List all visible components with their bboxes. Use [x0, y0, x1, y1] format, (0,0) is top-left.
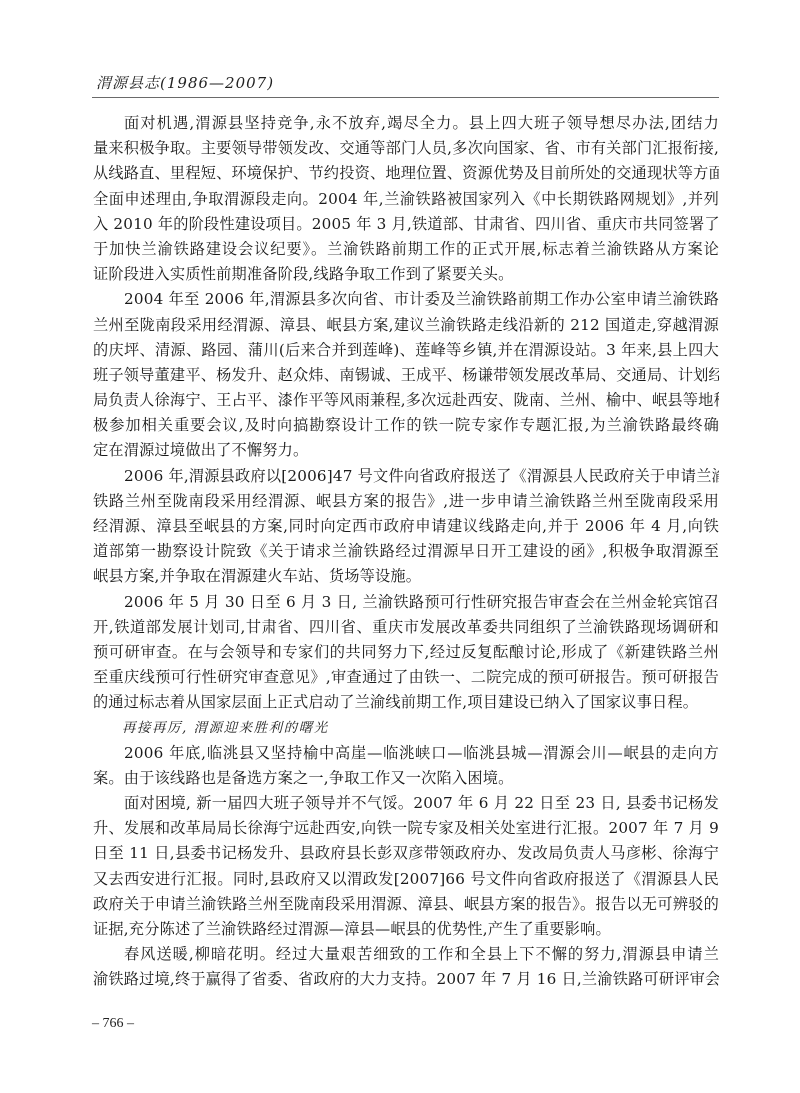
- text-line: 岷县方案,并争取在渭源建火车站、货场等设施。: [93, 564, 719, 589]
- paragraph: 春风送暖,柳暗花明。经过大量艰苦细致的工作和全县上下不懈的努力,渭源县申请兰渝铁…: [93, 942, 719, 992]
- text-line: 证据,充分陈述了兰渝铁路经过渭源—漳县—岷县的优势性,产生了重要影响。: [93, 917, 719, 942]
- running-header: 渭源县志(1986—2007): [92, 68, 719, 98]
- text-line: 于加快兰渝铁路建设会议纪要》。兰渝铁路前期工作的正式开展,标志着兰渝铁路从方案论: [93, 237, 719, 262]
- text-line: 日至 11 日,县委书记杨发升、县政府县长彭双彦带领政府办、发改局负责人马彦彬、…: [93, 841, 719, 866]
- subheading-text: 再接再厉, 渭源迎来胜利的曙光: [93, 716, 719, 741]
- text-line: 极参加相关重要会议,及时向搞勘察设计工作的铁一院专家作专题汇报,为兰渝铁路最终确: [93, 413, 719, 438]
- text-line: 预可研审查。在与会领导和专家们的共同努力下,经过反复酝酿讨论,形成了《新建铁路兰…: [93, 640, 719, 665]
- text-line: 的通过标志着从国家层面上正式启动了兰渝线前期工作,项目建设已纳入了国家议事日程。: [93, 690, 719, 715]
- text-line: 春风送暖,柳暗花明。经过大量艰苦细致的工作和全县上下不懈的努力,渭源县申请兰: [93, 942, 719, 967]
- text-line: 面对机遇,渭源县坚持竞争,永不放弃,竭尽全力。县上四大班子领导想尽办法,团结力: [93, 111, 719, 136]
- text-line: 升、发展和改革局局长徐海宁远赴西安,向铁一院专家及相关处室进行汇报。2007 年…: [93, 816, 719, 841]
- text-line: 案。由于该线路也是备选方案之一,争取工作又一次陷入困境。: [93, 766, 719, 791]
- text-line: 证阶段进入实质性前期准备阶段,线路争取工作到了紧要关头。: [93, 262, 719, 287]
- text-line: 又去西安进行汇报。同时,县政府又以渭政发[2007]66 号文件向省政府报送了《…: [93, 867, 719, 892]
- text-line: 定在渭源过境做出了不懈努力。: [93, 438, 719, 463]
- book-title: 渭源县志(1986—2007): [96, 72, 274, 93]
- text-line: 兰州至陇南段采用经渭源、漳县、岷县方案,建议兰渝铁路走线沿新的 212 国道走,…: [93, 313, 719, 338]
- text-line: 的庆坪、清源、路园、蒲川(后来合并到莲峰)、莲峰等乡镇,并在渭源设站。3 年来,…: [93, 338, 719, 363]
- section-subheading: 再接再厉, 渭源迎来胜利的曙光: [93, 716, 719, 741]
- text-line: 2006 年,渭源县政府以[2006]47 号文件向省政府报送了《渭源县人民政府…: [93, 464, 719, 489]
- text-line: 道部第一勘察设计院致《关于请求兰渝铁路经过渭源早日开工建设的函》,积极争取渭源至: [93, 539, 719, 564]
- paragraph: 面对机遇,渭源县坚持竞争,永不放弃,竭尽全力。县上四大班子领导想尽办法,团结力量…: [93, 111, 719, 287]
- paragraph: 2006 年底,临洮县又坚持榆中高崖—临洮峡口—临洮县城—渭源会川—岷县的走向方…: [93, 741, 719, 791]
- text-line: 渝铁路过境,终于赢得了省委、省政府的大力支持。2007 年 7 月 16 日,兰…: [93, 967, 719, 992]
- text-line: 2006 年底,临洮县又坚持榆中高崖—临洮峡口—临洮县城—渭源会川—岷县的走向方: [93, 741, 719, 766]
- text-line: 班子领导董建平、杨发升、赵众炜、南锡诚、王成平、杨谦带领发展改革局、交通局、计划…: [93, 363, 719, 388]
- paragraph: 2006 年,渭源县政府以[2006]47 号文件向省政府报送了《渭源县人民政府…: [93, 464, 719, 590]
- text-line: 2004 年至 2006 年,渭源县多次向省、市计委及兰渝铁路前期工作办公室申请…: [93, 287, 719, 312]
- text-line: 政府关于申请兰渝铁路兰州至陇南段采用渭源、漳县、岷县方案的报告》。报告以无可辨驳…: [93, 892, 719, 917]
- text-line: 开,铁道部发展计划司,甘肃省、四川省、重庆市发展改革委共同组织了兰渝铁路现场调研…: [93, 615, 719, 640]
- text-line: 局负责人徐海宁、王占平、漆作平等风雨兼程,多次远赴西安、陇南、兰州、榆中、岷县等…: [93, 388, 719, 413]
- text-line: 量来积极争取。主要领导带领发改、交通等部门人员,多次向国家、省、市有关部门汇报衔…: [93, 136, 719, 161]
- text-line: 全面申述理由,争取渭源段走向。2004 年,兰渝铁路被国家列入《中长期铁路网规划…: [93, 187, 719, 212]
- paragraph: 面对困境, 新一届四大班子领导并不气馁。2007 年 6 月 22 日至 23 …: [93, 791, 719, 942]
- text-line: 入 2010 年的阶段性建设项目。2005 年 3 月,铁道部、甘肃省、四川省、…: [93, 212, 719, 237]
- page-number: – 766 –: [92, 1016, 134, 1032]
- text-line: 铁路兰州至陇南段采用经渭源、岷县方案的报告》,进一步申请兰渝铁路兰州至陇南段采用: [93, 489, 719, 514]
- page-body: 面对机遇,渭源县坚持竞争,永不放弃,竭尽全力。县上四大班子领导想尽办法,团结力量…: [93, 111, 719, 993]
- paragraph: 2006 年 5 月 30 日至 6 月 3 日, 兰渝铁路预可行性研究报告审查…: [93, 590, 719, 716]
- text-line: 面对困境, 新一届四大班子领导并不气馁。2007 年 6 月 22 日至 23 …: [93, 791, 719, 816]
- paragraph: 2004 年至 2006 年,渭源县多次向省、市计委及兰渝铁路前期工作办公室申请…: [93, 287, 719, 463]
- text-line: 从线路直、里程短、环境保护、节约投资、地理位置、资源优势及目前所处的交通现状等方…: [93, 161, 719, 186]
- text-line: 2006 年 5 月 30 日至 6 月 3 日, 兰渝铁路预可行性研究报告审查…: [93, 590, 719, 615]
- text-line: 经渭源、漳县至岷县的方案,同时向定西市政府申请建议线路走向,并于 2006 年 …: [93, 514, 719, 539]
- text-line: 至重庆线预可行性研究审查意见》,审查通过了由铁一、二院完成的预可研报告。预可研报…: [93, 665, 719, 690]
